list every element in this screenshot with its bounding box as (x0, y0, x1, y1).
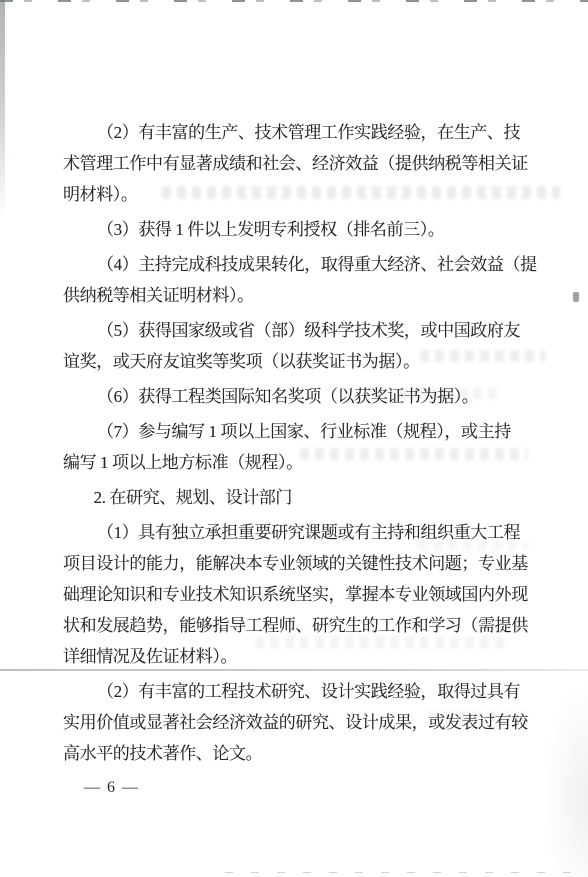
item-1-6: （6）获得工程类国际知名奖项（以获奖证书为据）。 (63, 381, 533, 412)
item-1-4-line-2: 供纳税等相关证明材料）。 (63, 280, 533, 311)
document-body: （2）有丰富的生产、技术管理工作实践经验，在生产、技术管理工作中有显著成绩和社会… (63, 117, 533, 773)
item-1-7-line-2: 编写 1 项以上地方标准（规程）。 (63, 447, 533, 478)
scan-artifact-left-edge (0, 0, 5, 218)
page-number: — 6 — (84, 779, 140, 797)
item-1-5-line-2: 谊奖，或天府友谊奖等奖项（以获奖证书为据）。 (63, 346, 533, 377)
item-1-2-line-3: 明材料）。 (63, 179, 533, 210)
item-2-1-line-5: 详细情况及佐证材料）。 (63, 641, 533, 672)
item-1-3: （3）获得 1 件以上发明专利授权（排名前三）。 (63, 214, 533, 245)
section-2-heading-line-1: 2. 在研究、规划、设计部门 (63, 482, 533, 513)
item-2-2: （2）有丰富的工程技术研究、设计实践经验，取得过具有实用价值或显著社会经济效益的… (63, 676, 533, 769)
item-1-4-line-1: （4）主持完成科技成果转化，取得重大经济、社会效益（提 (63, 249, 533, 280)
scan-artifact-corner-shade (542, 680, 588, 877)
scan-artifact-top-edge (0, 0, 588, 2)
item-1-2-line-2: 术管理工作中有显著成绩和社会、经济效益（提供纳税等相关证 (63, 148, 533, 179)
item-2-1-line-2: 项目设计的能力，能解决本专业领域的关键性技术问题；专业基 (63, 548, 533, 579)
item-1-5-line-1: （5）获得国家级或省（部）级科学技术奖，或中国政府友 (63, 315, 533, 346)
item-1-6-line-1: （6）获得工程类国际知名奖项（以获奖证书为据）。 (63, 381, 533, 412)
item-1-3-line-1: （3）获得 1 件以上发明专利授权（排名前三）。 (63, 214, 533, 245)
scan-artifact-speck (573, 292, 579, 302)
item-2-1: （1）具有独立承担重要研究课题或有主持和组织重大工程项目设计的能力，能解决本专业… (63, 517, 533, 672)
item-2-1-line-3: 础理论知识和专业技术知识系统坚实，掌握本专业领域国内外现 (63, 579, 533, 610)
item-2-2-line-1: （2）有丰富的工程技术研究、设计实践经验，取得过具有 (63, 676, 533, 707)
item-2-1-line-1: （1）具有独立承担重要研究课题或有主持和组织重大工程 (63, 517, 533, 548)
item-1-7-line-1: （7）参与编写 1 项以上国家、行业标准（规程），或主持 (63, 416, 533, 447)
section-2-heading: 2. 在研究、规划、设计部门 (63, 482, 533, 513)
item-1-2-line-1: （2）有丰富的生产、技术管理工作实践经验，在生产、技 (63, 117, 533, 148)
item-2-1-line-4: 状和发展趋势，能够指导工程师、研究生的工作和学习（需提供 (63, 610, 533, 641)
item-2-2-line-3: 高水平的技术著作、论文。 (63, 738, 533, 769)
scanned-document-page: （2）有丰富的生产、技术管理工作实践经验，在生产、技术管理工作中有显著成绩和社会… (0, 0, 588, 877)
item-1-7: （7）参与编写 1 项以上国家、行业标准（规程），或主持编写 1 项以上地方标准… (63, 416, 533, 478)
item-1-2: （2）有丰富的生产、技术管理工作实践经验，在生产、技术管理工作中有显著成绩和社会… (63, 117, 533, 210)
item-1-5: （5）获得国家级或省（部）级科学技术奖，或中国政府友谊奖，或天府友谊奖等奖项（以… (63, 315, 533, 377)
scan-artifact-bottom-edge (225, 872, 580, 873)
item-2-2-line-2: 实用价值或显著社会经济效益的研究、设计成果，或发表过有较 (63, 707, 533, 738)
item-1-4: （4）主持完成科技成果转化，取得重大经济、社会效益（提供纳税等相关证明材料）。 (63, 249, 533, 311)
